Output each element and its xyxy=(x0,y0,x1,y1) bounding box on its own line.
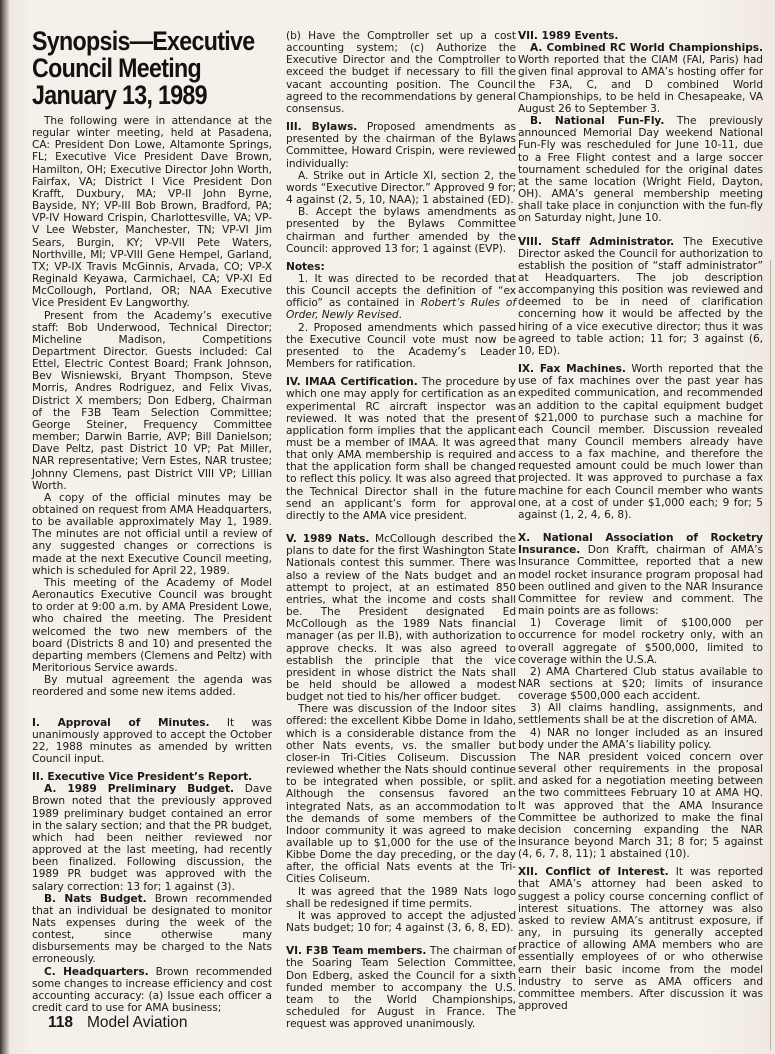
insurance-point-1: 1) Coverage limit of $100,000 per occurr… xyxy=(518,617,763,666)
section-ii-a-budget: A. 1989 Preliminary Budget. Dave Brown n… xyxy=(32,783,272,892)
column-2: (b) Have the Comptroller set up a cost a… xyxy=(286,30,516,1030)
minutes-availability-paragraph: A copy of the official minutes may be ob… xyxy=(32,492,272,577)
section-vii-b-fun-fly: B. National Fun-Fly. The previously anno… xyxy=(518,115,763,224)
staff-guests-paragraph: Present from the Academy’s executive sta… xyxy=(32,310,272,492)
meeting-opening-paragraph: This meeting of the Academy of Model Aer… xyxy=(32,577,272,674)
insurance-point-2: 2) AMA Chartered Club status available t… xyxy=(518,666,763,702)
page-gutter-edge xyxy=(770,260,771,1050)
section-ix-fax-machines: IX. Fax Machines. Worth reported that th… xyxy=(518,363,763,521)
section-ii-heading: II. Executive Vice President’s Report. xyxy=(32,771,272,783)
section-xii-conflict-of-interest: XII. Conflict of Interest. It was report… xyxy=(518,866,763,1012)
section-v-indoor-sites: There was discussion of the Indoor sites… xyxy=(286,703,516,885)
section-ii-b-nats-budget: B. Nats Budget. Brown recommended that a… xyxy=(32,893,272,966)
page-footer: 118Model Aviation xyxy=(48,1014,188,1032)
article-title: Synopsis—Executive Council Meeting Janua… xyxy=(32,28,273,109)
title-line-3: January 13, 1989 xyxy=(32,80,207,110)
section-vii-a-world-championships: A. Combined RC World Championships. Wort… xyxy=(518,42,763,115)
section-ii-c-continued: (b) Have the Comptroller set up a cost a… xyxy=(286,30,516,115)
attendance-paragraph: The following were in attendance at the … xyxy=(32,115,272,310)
section-i-approval-of-minutes: I. Approval of Minutes. It was unanimous… xyxy=(32,717,272,766)
section-ii-c-headquarters: C. Headquarters. Brown recommended some … xyxy=(32,966,272,1015)
section-iii-a: A. Strike out in Article XI, section 2, … xyxy=(286,170,516,206)
section-v-logo: It was agreed that the 1989 Nats logo sh… xyxy=(286,886,516,910)
title-line-2: Council Meeting xyxy=(32,53,201,83)
section-vii-heading: VII. 1989 Events. xyxy=(518,30,763,42)
section-iii-b: B. Accept the bylaws amendments as prese… xyxy=(286,206,516,255)
section-heading: I. Approval of Minutes. xyxy=(32,717,209,729)
page-edge-shadow xyxy=(0,0,10,1054)
magazine-page: Synopsis—Executive Council Meeting Janua… xyxy=(0,0,775,1054)
section-vi-f3b-team: VI. F3B Team members. The chairman of th… xyxy=(286,945,516,1030)
insurance-point-3: 3) All claims handling, assignments, and… xyxy=(518,702,763,726)
section-iii-bylaws: III. Bylaws. Proposed amendments as pres… xyxy=(286,121,516,170)
section-v-1989-nats: V. 1989 Nats. McCollough described the p… xyxy=(286,533,516,703)
note-1: 1. It was directed to be recorded that t… xyxy=(286,273,516,322)
section-viii-staff-administrator: VIII. Staff Administrator. The Executive… xyxy=(518,236,763,358)
column-3: VII. 1989 Events. A. Combined RC World C… xyxy=(518,30,763,1012)
nar-president-paragraph: The NAR president voiced concern over se… xyxy=(518,751,763,860)
column-1: Synopsis—Executive Council Meeting Janua… xyxy=(32,28,272,1014)
title-line-1: Synopsis—Executive xyxy=(32,26,254,56)
publication-name: Model Aviation xyxy=(87,1014,188,1031)
page-number: 118 xyxy=(48,1014,73,1031)
notes-heading: Notes: xyxy=(286,261,516,273)
section-v-budget-approval: It was approved to accept the adjusted N… xyxy=(286,910,516,934)
note-2: 2. Proposed amendments which passed the … xyxy=(286,322,516,371)
section-iv-imaa-certification: IV. IMAA Certification. The procedure by… xyxy=(286,376,516,522)
agenda-paragraph: By mutual agreement the agenda was reord… xyxy=(32,674,272,698)
insurance-point-4: 4) NAR no longer included as an insured … xyxy=(518,727,763,751)
section-x-nar-insurance: X. National Association of Rocketry Insu… xyxy=(518,532,763,617)
